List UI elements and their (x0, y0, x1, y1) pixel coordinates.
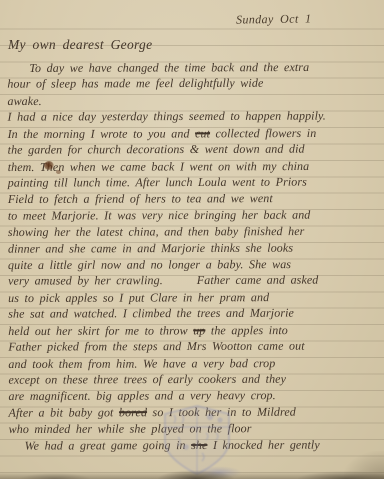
line-text: quite a little girl now and no longer a … (8, 257, 291, 272)
line-text: After a bit baby got (9, 405, 119, 419)
line-text: I had a nice day yesterday things seemed… (7, 109, 325, 124)
line-text: Father came and asked (197, 273, 319, 287)
line-text: very amused by her crawling. (8, 274, 163, 289)
bottom-right-corner-shade (344, 451, 384, 479)
letter-line: and took them from him. We have a very b… (8, 354, 382, 372)
bottom-smudge-far-left (20, 473, 90, 479)
line-text: hour of sleep has made me feel delightfu… (7, 76, 263, 91)
watermark-showthrough-blob (196, 466, 242, 479)
letter-line: us to pick apples so I put Clare in her … (8, 289, 382, 307)
bottom-smudge-right (298, 471, 384, 479)
line-text: she sat and watched. I climbed the trees… (8, 306, 294, 321)
struck-word: up (193, 323, 205, 337)
letter-line: painting till lunch time. After lunch Lo… (8, 173, 382, 191)
line-text: We had a great game going in (25, 438, 192, 453)
line-text: collected flowers in (210, 126, 316, 140)
line-text: them. Then when we came back I went on w… (8, 159, 310, 174)
line-text: dinner and she came in and Marjorie thin… (8, 240, 293, 255)
paper-bottom-edge-shadow (0, 472, 384, 479)
letter-line: awake. (7, 92, 381, 110)
struck-word: bored (119, 405, 147, 419)
line-text: painting till lunch time. After lunch Lo… (8, 175, 307, 190)
letter-line: are magnificent. big apples and a very h… (8, 387, 382, 405)
letter-line: I had a nice day yesterday things seemed… (7, 108, 381, 126)
line-text: To day we have changed the time back and… (29, 60, 309, 75)
line-text: us to pick apples so I put Clare in her … (8, 290, 269, 305)
letter-line: Field to fetch a friend of hers to tea a… (8, 190, 382, 208)
letter-line: the garden for church decorations & went… (8, 140, 382, 158)
line-text: held out her skirt for me to throw (8, 323, 193, 338)
date-line: Sunday Oct 1 (236, 11, 312, 27)
line-text: the garden for church decorations & went… (8, 142, 305, 157)
letter-line: hour of sleep has made me feel delightfu… (7, 75, 381, 93)
bottom-smudge-left (158, 470, 234, 479)
line-text: are magnificent. big apples and a very h… (8, 389, 275, 404)
letter-line: showing her the latest china, and then b… (8, 223, 382, 241)
letter-line: held out her skirt for me to throw up th… (8, 321, 382, 339)
letter-line: In the morning I wrote to you and cut co… (8, 124, 382, 142)
letter-line: quite a little girl now and no longer a … (8, 256, 382, 274)
line-text: showing her the latest china, and then b… (8, 224, 305, 239)
letter-line: To day we have changed the time back and… (7, 59, 381, 77)
letter-line: she sat and watched. I climbed the trees… (8, 305, 382, 323)
letter-page: Sunday Oct 1 My own dearest George To da… (0, 0, 384, 479)
struck-word: cut (195, 126, 210, 140)
letter-line: them. Then when we came back I went on w… (8, 157, 382, 175)
salutation: My own dearest George (8, 37, 152, 53)
line-text: In the morning I wrote to you and (8, 126, 196, 141)
line-text: awake. (7, 94, 41, 108)
letter-line: very amused by her crawling.Father came … (8, 272, 382, 290)
line-text: to meet Marjorie. It was very nice bring… (8, 207, 311, 222)
letter-line: who minded her while she played on the f… (9, 420, 383, 438)
line-text: who minded her while she played on the f… (9, 421, 252, 436)
line-text: except on these three trees of early coo… (8, 372, 286, 387)
line-text: Father picked from the steps and Mrs Woo… (8, 339, 304, 354)
line-text: the apples into (205, 323, 288, 337)
letter-line: Father picked from the steps and Mrs Woo… (8, 338, 382, 356)
letter-line: dinner and she came in and Marjorie thin… (8, 239, 382, 257)
letter-line: We had a great game going in she I knock… (9, 436, 383, 454)
letter-line: except on these three trees of early coo… (8, 370, 382, 388)
line-text: so I took her in to Mildred (147, 405, 296, 420)
line-text: Field to fetch a friend of hers to tea a… (8, 192, 273, 207)
letter-body: To day we have changed the time back and… (7, 58, 382, 453)
line-text: and took them from him. We have a very b… (8, 356, 275, 371)
line-text: I knocked her gently (207, 437, 319, 451)
struck-word: she (191, 438, 207, 452)
letter-line: After a bit baby got bored so I took her… (9, 403, 383, 421)
letter-line: to meet Marjorie. It was very nice bring… (8, 206, 382, 224)
